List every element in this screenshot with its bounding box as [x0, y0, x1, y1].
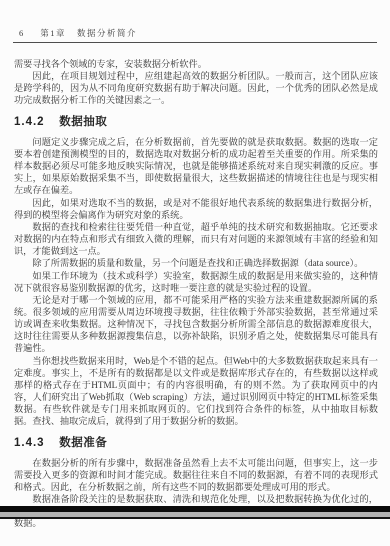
- section-heading-1-4-2: 1.4.2 数据抽取: [14, 116, 378, 128]
- paragraph: 数据的查找和检索往往要凭借一种直觉，超乎单纯的技术研究和数据抽取。它还要求对数据…: [14, 221, 378, 257]
- section-number: 1.4.3: [14, 437, 45, 449]
- section-title: 数据抽取: [59, 116, 107, 128]
- paragraph: 因此，如果对选取不当的数据，或是对不能很好地代表系统的数据集进行数据分析，得到的…: [14, 197, 378, 221]
- section-number: 1.4.2: [14, 116, 45, 128]
- paragraph: 无论是对于哪一个领域的应用，都不可能采用严格的实验方法来重建数据源所属的系统。很…: [14, 294, 378, 355]
- page-body: 需要寻找各个领域的专家，安装数据分析软件。 因此，在项目规划过程中，应组建起高效…: [14, 58, 378, 530]
- page-number: 6: [19, 28, 23, 38]
- header-rule: [13, 42, 377, 43]
- section-heading-1-4-3: 1.4.3 数据准备: [14, 437, 378, 449]
- book-page: 6 第1章 数据分析简介 需要寻找各个领域的专家，安装数据分析软件。 因此，在项…: [0, 0, 390, 546]
- chapter-label: 第1章: [40, 27, 66, 39]
- paragraph: 问题定义步骤完成之后，在分析数据前，首先要做的就是获取数据。数据的选取一定要本着…: [14, 136, 378, 197]
- paragraph: 除了所需数据的质量和数量，另一个问题是查找和正确选择数据源（data sourc…: [14, 257, 378, 269]
- paragraph: 在数据分析的所有步骤中，数据准备虽然看上去不太可能出问题，但事实上，这一步需要投…: [14, 457, 378, 493]
- paragraph-continuation: 需要寻找各个领域的专家，安装数据分析软件。: [14, 58, 378, 70]
- running-header: 6 第1章 数据分析简介: [13, 0, 377, 39]
- paragraph: 因此，在项目规划过程中，应组建起高效的数据分析团队。一般而言，这个团队应该是跨学…: [14, 70, 378, 106]
- scan-edge-thin-line: [0, 517, 390, 519]
- paragraph: 如果工作环境为（技术或科学）实验室，数据源生成的数据是用来做实验的，这种情况下就…: [14, 270, 378, 294]
- section-title: 数据准备: [59, 437, 107, 449]
- paragraph: 当你想找些数据来用时，Web是个不错的起点。但Web中的大多数数据获取起来具有一…: [14, 355, 378, 428]
- chapter-title: 数据分析简介: [77, 27, 137, 39]
